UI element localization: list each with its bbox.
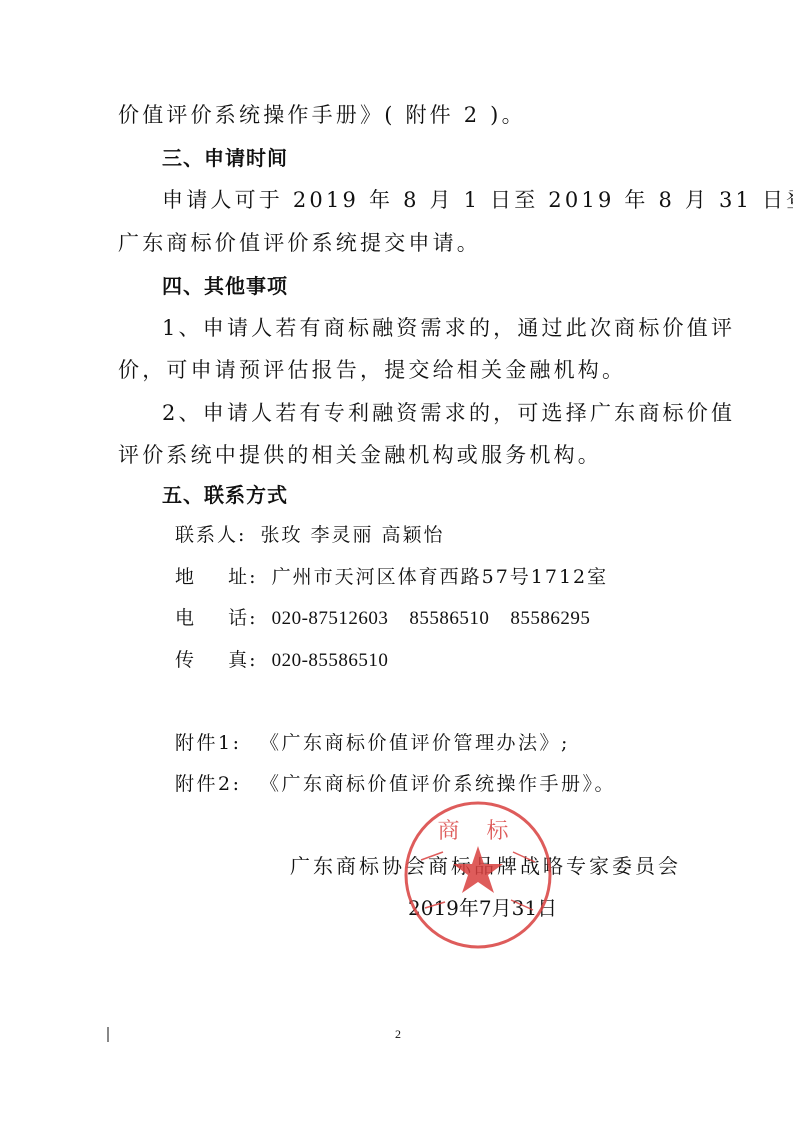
section-3-paragraph-line-2: 广东商标价值评价系统提交申请。 [118,230,481,256]
address-value: 广州市天河区体育西路57号1712室 [272,566,609,588]
signature-date: 2019年7月31日 [408,895,557,921]
section-3-heading: 三、申请时间 [162,145,288,171]
attachment-2-title: 《广东商标价值评价系统操作手册》。 [260,773,616,795]
phone-row: 电 话: 020-87512603 85586510 85586295 [175,605,590,632]
signature-organization: 广东商标协会商标品牌战略专家委员会 [290,853,681,879]
attachment-1-label: 附件1: [175,732,242,754]
section-5-heading: 五、联系方式 [162,482,288,508]
contacts-label: 联系人: [175,524,246,546]
section-3-paragraph-line-1: 申请人可于 2019 年 8 月 1 日至 2019 年 8 月 31 日登陆 [162,187,793,213]
continuation-line: 价值评价系统操作手册》( 附件 2 )。 [118,102,526,128]
section-4-item-1-line-1: 1、申请人若有商标融资需求的，通过此次商标价值评 [162,315,735,341]
attachment-1: 附件1: 《广东商标价值评价管理办法》; [175,730,570,756]
attachment-1-title: 《广东商标价值评价管理办法》; [260,732,570,754]
contacts-value: 张玫 李灵丽 高颖怡 [260,524,444,546]
svg-text:商 标: 商 标 [438,819,519,844]
phone-label: 电 话: [175,607,258,629]
contacts-row: 联系人: 张玫 李灵丽 高颖怡 [175,522,445,548]
address-label: 地 址: [175,566,258,588]
section-4-item-2-line-2: 评价系统中提供的相关金融机构或服务机构。 [118,442,602,468]
section-4-item-1-line-2: 价，可申请预评估报告，提交给相关金融机构。 [118,357,626,383]
page-number: 2 [395,1027,401,1042]
fax-value: 020-85586510 [272,650,389,671]
section-4-heading: 四、其他事项 [162,273,288,299]
phone-value: 020-87512603 85586510 85586295 [272,608,591,629]
address-row: 地 址: 广州市天河区体育西路57号1712室 [175,564,608,590]
attachment-2: 附件2: 《广东商标价值评价系统操作手册》。 [175,771,616,797]
margin-marker [107,1027,109,1042]
section-4-item-2-line-1: 2、申请人若有专利融资需求的，可选择广东商标价值 [162,400,735,426]
attachment-2-label: 附件2: [175,773,242,795]
fax-row: 传 真: 020-85586510 [175,647,388,674]
fax-label: 传 真: [175,649,258,671]
